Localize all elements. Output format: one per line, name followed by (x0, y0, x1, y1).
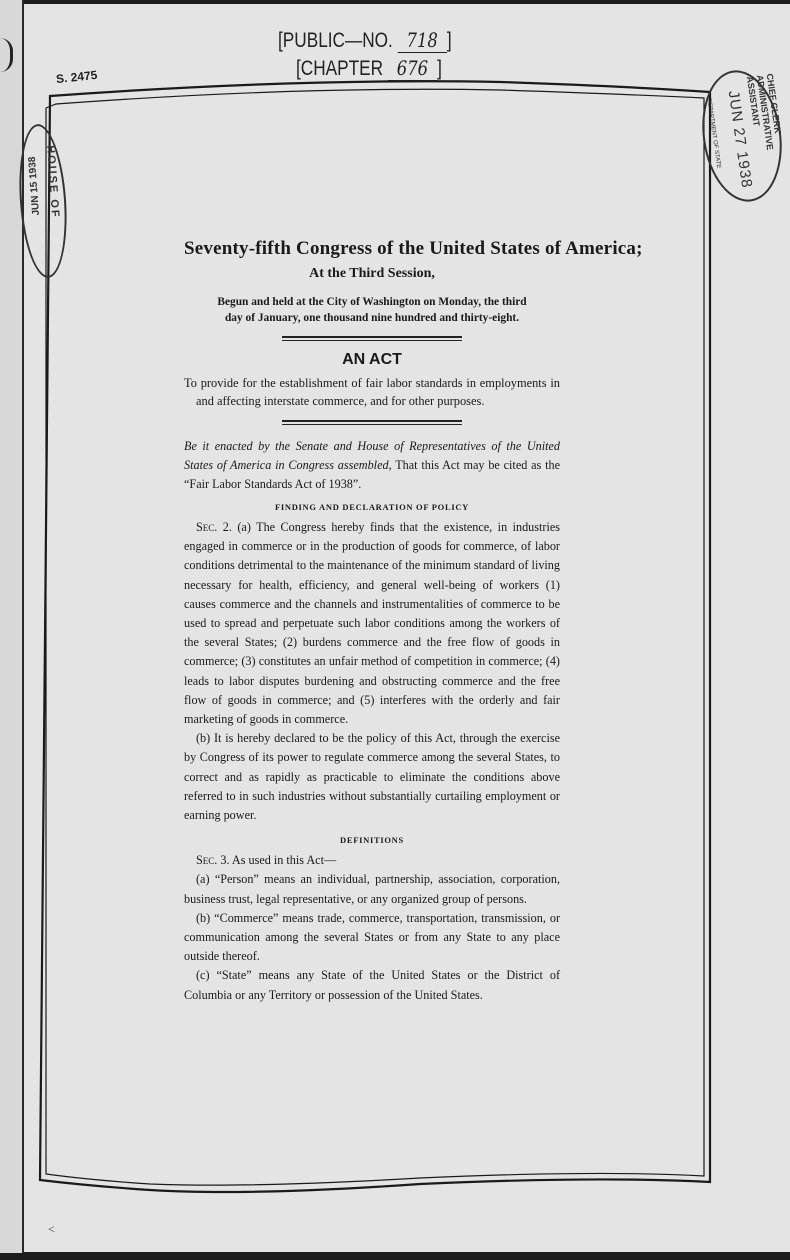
section-2a: Sec. 2. (a) The Congress hereby finds th… (184, 518, 560, 729)
chapter-label: [CHAPTER (296, 57, 383, 80)
divider (282, 420, 462, 425)
chapter-bracket: ] (437, 57, 442, 80)
stamp-date: JUN 15 1938 (27, 156, 42, 216)
public-no-label: [PUBLIC—NO. (278, 29, 393, 52)
section-3b: (b) “Commerce” means trade, commerce, tr… (184, 909, 560, 967)
scan-edge (0, 1253, 790, 1260)
section-heading-policy: FINDING AND DECLARATION OF POLICY (184, 502, 560, 512)
section-label: Sec. 3. (196, 853, 230, 867)
section-heading-definitions: DEFINITIONS (184, 835, 560, 845)
public-no-value: 718 (398, 28, 447, 53)
act-text: Seventy-fifth Congress of the United Sta… (184, 238, 560, 1005)
divider (282, 336, 462, 341)
congress-title: Seventy-fifth Congress of the United Sta… (184, 238, 560, 260)
public-no-bracket: ] (447, 29, 452, 52)
section-2b: (b) It is hereby declared to be the poli… (184, 729, 560, 825)
act-purpose: To provide for the establishment of fair… (184, 375, 560, 410)
section-label: Sec. 2. (196, 520, 232, 534)
stamp-department: DEPARTMENT OF STATE (705, 98, 721, 169)
session-dates: Begun and held at the City of Washington… (184, 294, 560, 326)
act-heading: AN ACT (184, 351, 560, 369)
chapter-value: 676 (388, 56, 437, 81)
section-text: As used in this Act— (230, 853, 337, 867)
begun-line-1: Begun and held at the City of Washington… (184, 294, 560, 310)
enacting-clause: Be it enacted by the Senate and House of… (184, 437, 560, 494)
section-3c: (c) “State” means any State of the Unite… (184, 966, 560, 1004)
section-3-intro: Sec. 3. As used in this Act— (184, 851, 560, 870)
session-title: At the Third Session, (184, 266, 560, 282)
public-law-number: [PUBLIC—NO. 718] (278, 28, 452, 53)
stamp-house: HOUSE OF (44, 145, 61, 219)
section-3a: (a) “Person” means an individual, partne… (184, 870, 560, 908)
section-text: (a) The Congress hereby finds that the e… (184, 520, 560, 726)
margin-mark: < (48, 1222, 55, 1237)
chapter-number: [CHAPTER 676] (296, 56, 442, 81)
begun-line-2: day of January, one thousand nine hundre… (184, 310, 560, 326)
